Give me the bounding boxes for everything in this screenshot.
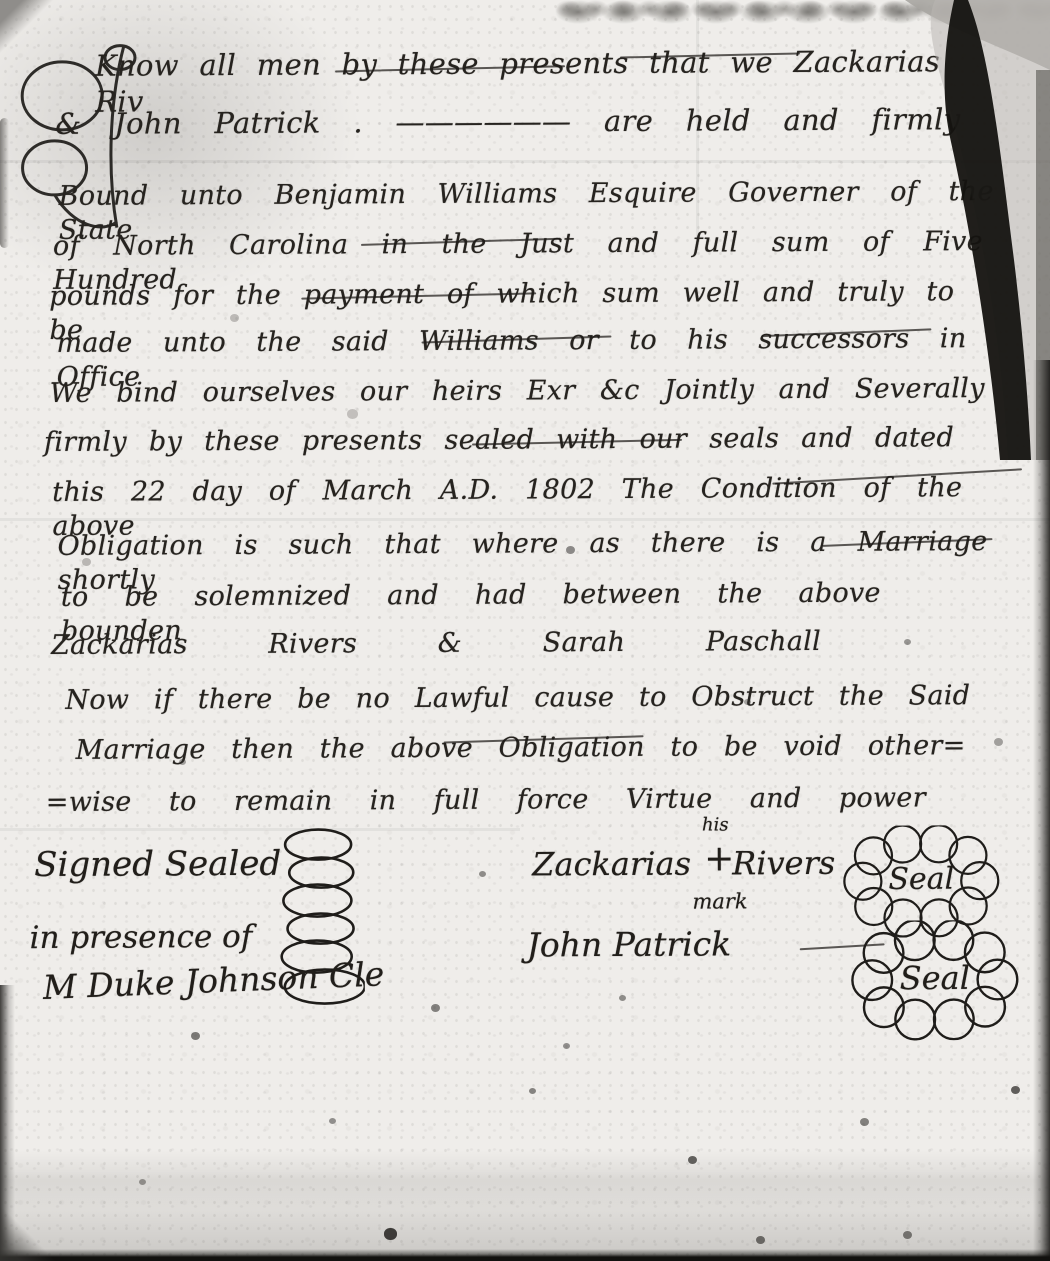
bond-line-8: firmly by these presents sealed with our…: [44, 421, 954, 460]
principal-mark-cross: +: [704, 838, 734, 879]
seal-word: Seal: [836, 861, 1006, 897]
bond-line-12: Zackarias Rivers & Sarah Paschall: [51, 625, 821, 663]
scanned-marriage-bond: { "document": { "lines": [ "Know all men…: [0, 0, 1050, 1261]
tear-damage-top-right: [850, 0, 1050, 460]
his-label: his: [702, 814, 729, 835]
in-presence-of-text: in presence of: [30, 919, 253, 956]
bond-line-14: Marriage then the above Obligation to be…: [76, 729, 966, 767]
bond-line-7: We bind ourselves our heirs Exr &c Joint…: [50, 372, 985, 411]
dark-bottom-edge: [0, 1249, 1050, 1261]
mark-label: mark: [692, 889, 747, 913]
scanner-corner-top-left: [0, 0, 70, 64]
seal-word: Seal: [835, 959, 1035, 998]
bond-line-2: & John Patrick . —————— are held and fir…: [55, 101, 960, 142]
principal-first-name: Zackarias: [532, 845, 691, 884]
bond-line-15: =wise to remain in full force Virtue and…: [46, 781, 926, 819]
dark-right-edge: [1033, 360, 1050, 1261]
dark-corner-bottom-left: [0, 1191, 58, 1261]
left-edge-smudge: [0, 118, 9, 248]
seal-flourish-2: Seal: [835, 920, 1036, 1041]
principal-last-name: Rivers: [732, 844, 835, 883]
bond-line-13: Now if there be no Lawful cause to Obstr…: [65, 679, 970, 717]
paper-sheet: Know all men by these presents that we Z…: [0, 0, 1050, 1261]
paper-stains: [0, 0, 5, 4]
surety-signature: John Patrick: [527, 924, 732, 964]
signed-sealed-text: Signed Sealed: [34, 844, 281, 885]
